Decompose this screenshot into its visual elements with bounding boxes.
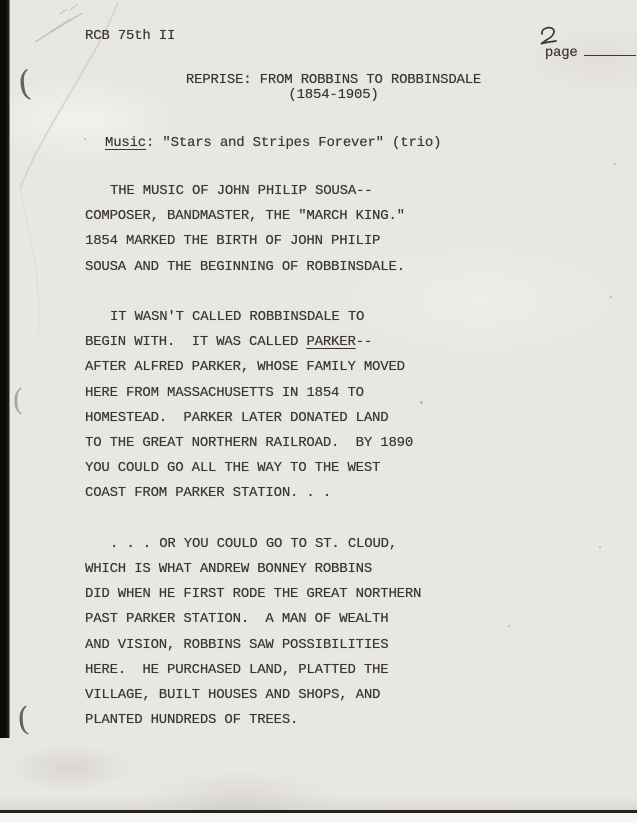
body-line-segment: -- — [356, 334, 372, 350]
music-cue: Music: "Stars and Stripes Forever" (trio… — [105, 135, 441, 151]
body-line: TO THE GREAT NORTHERN RAILROAD. BY 1890 — [85, 431, 545, 456]
page-number-underline — [584, 54, 636, 56]
body-line: COMPOSER, BANDMASTER, THE "MARCH KING." — [85, 204, 545, 229]
body-line: HERE FROM MASSACHUSETTS IN 1854 TO — [85, 381, 545, 406]
body-line: IT WASN'T CALLED ROBBINSDALE TO — [85, 305, 545, 330]
dust-speck — [508, 625, 510, 627]
paragraph-parker: IT WASN'T CALLED ROBBINSDALE TO BEGIN WI… — [85, 305, 545, 507]
dust-speck — [614, 163, 616, 165]
script-body: THE MUSIC OF JOHN PHILIP SOUSA-- COMPOSE… — [85, 179, 545, 733]
body-line-segment: BEGIN WITH. IT WAS CALLED — [85, 334, 306, 350]
body-line: 1854 MARKED THE BIRTH OF JOHN PHILIP — [85, 229, 545, 254]
paper-bottom-shadow — [0, 796, 637, 810]
dust-speck — [420, 401, 423, 404]
dust-speck — [84, 138, 86, 140]
music-cue-text: : "Stars and Stripes Forever" (trio) — [146, 135, 441, 151]
dust-speck — [599, 546, 601, 548]
title-line-2: (1854-1905) — [30, 88, 637, 103]
body-line: HERE. HE PURCHASED LAND, PLATTED THE — [85, 658, 545, 683]
handwritten-page-number — [536, 24, 562, 48]
body-line: THE MUSIC OF JOHN PHILIP SOUSA-- — [85, 179, 545, 204]
body-line: PAST PARKER STATION. A MAN OF WEALTH — [85, 607, 545, 632]
body-line: AFTER ALFRED PARKER, WHOSE FAMILY MOVED — [85, 355, 545, 380]
scanner-edge-strip — [0, 0, 10, 738]
body-line: SOUSA AND THE BEGINNING OF ROBBINSDALE. — [85, 255, 545, 280]
body-line: AND VISION, ROBBINS SAW POSSIBILITIES — [85, 633, 545, 658]
body-line: YOU COULD GO ALL THE WAY TO THE WEST — [85, 456, 545, 481]
margin-paren-mark-middle: ( — [12, 383, 24, 418]
paragraph-robbins: . . . OR YOU COULD GO TO ST. CLOUD, WHIC… — [85, 532, 545, 734]
body-line: COAST FROM PARKER STATION. . . — [85, 481, 545, 506]
body-line: HOMESTEAD. PARKER LATER DONATED LAND — [85, 406, 545, 431]
body-line: DID WHEN HE FIRST RODE THE GREAT NORTHER… — [85, 582, 545, 607]
scanned-page: RCB 75th II page REPRISE: FROM ROBBINS T… — [0, 0, 637, 823]
underlined-word-parker: PARKER — [306, 334, 355, 350]
document-id: RCB 75th II — [85, 28, 175, 44]
title-block: REPRISE: FROM ROBBINS TO ROBBINSDALE (18… — [30, 73, 637, 103]
body-line: VILLAGE, BUILT HOUSES AND SHOPS, AND — [85, 683, 545, 708]
title-line-1: REPRISE: FROM ROBBINS TO ROBBINSDALE — [30, 73, 637, 88]
paragraph-sousa: THE MUSIC OF JOHN PHILIP SOUSA-- COMPOSE… — [85, 179, 545, 280]
dust-speck — [573, 52, 575, 54]
body-line: PLANTED HUNDREDS OF TREES. — [85, 708, 545, 733]
music-cue-label: Music — [105, 135, 146, 151]
body-line-with-underline: BEGIN WITH. IT WAS CALLED PARKER-- — [85, 330, 545, 355]
body-line: WHICH IS WHAT ANDREW BONNEY ROBBINS — [85, 557, 545, 582]
margin-paren-mark-bottom: ( — [16, 700, 31, 739]
dust-speck — [610, 296, 612, 298]
body-line: . . . OR YOU COULD GO TO ST. CLOUD, — [85, 532, 545, 557]
scan-background-below-page — [0, 813, 637, 823]
